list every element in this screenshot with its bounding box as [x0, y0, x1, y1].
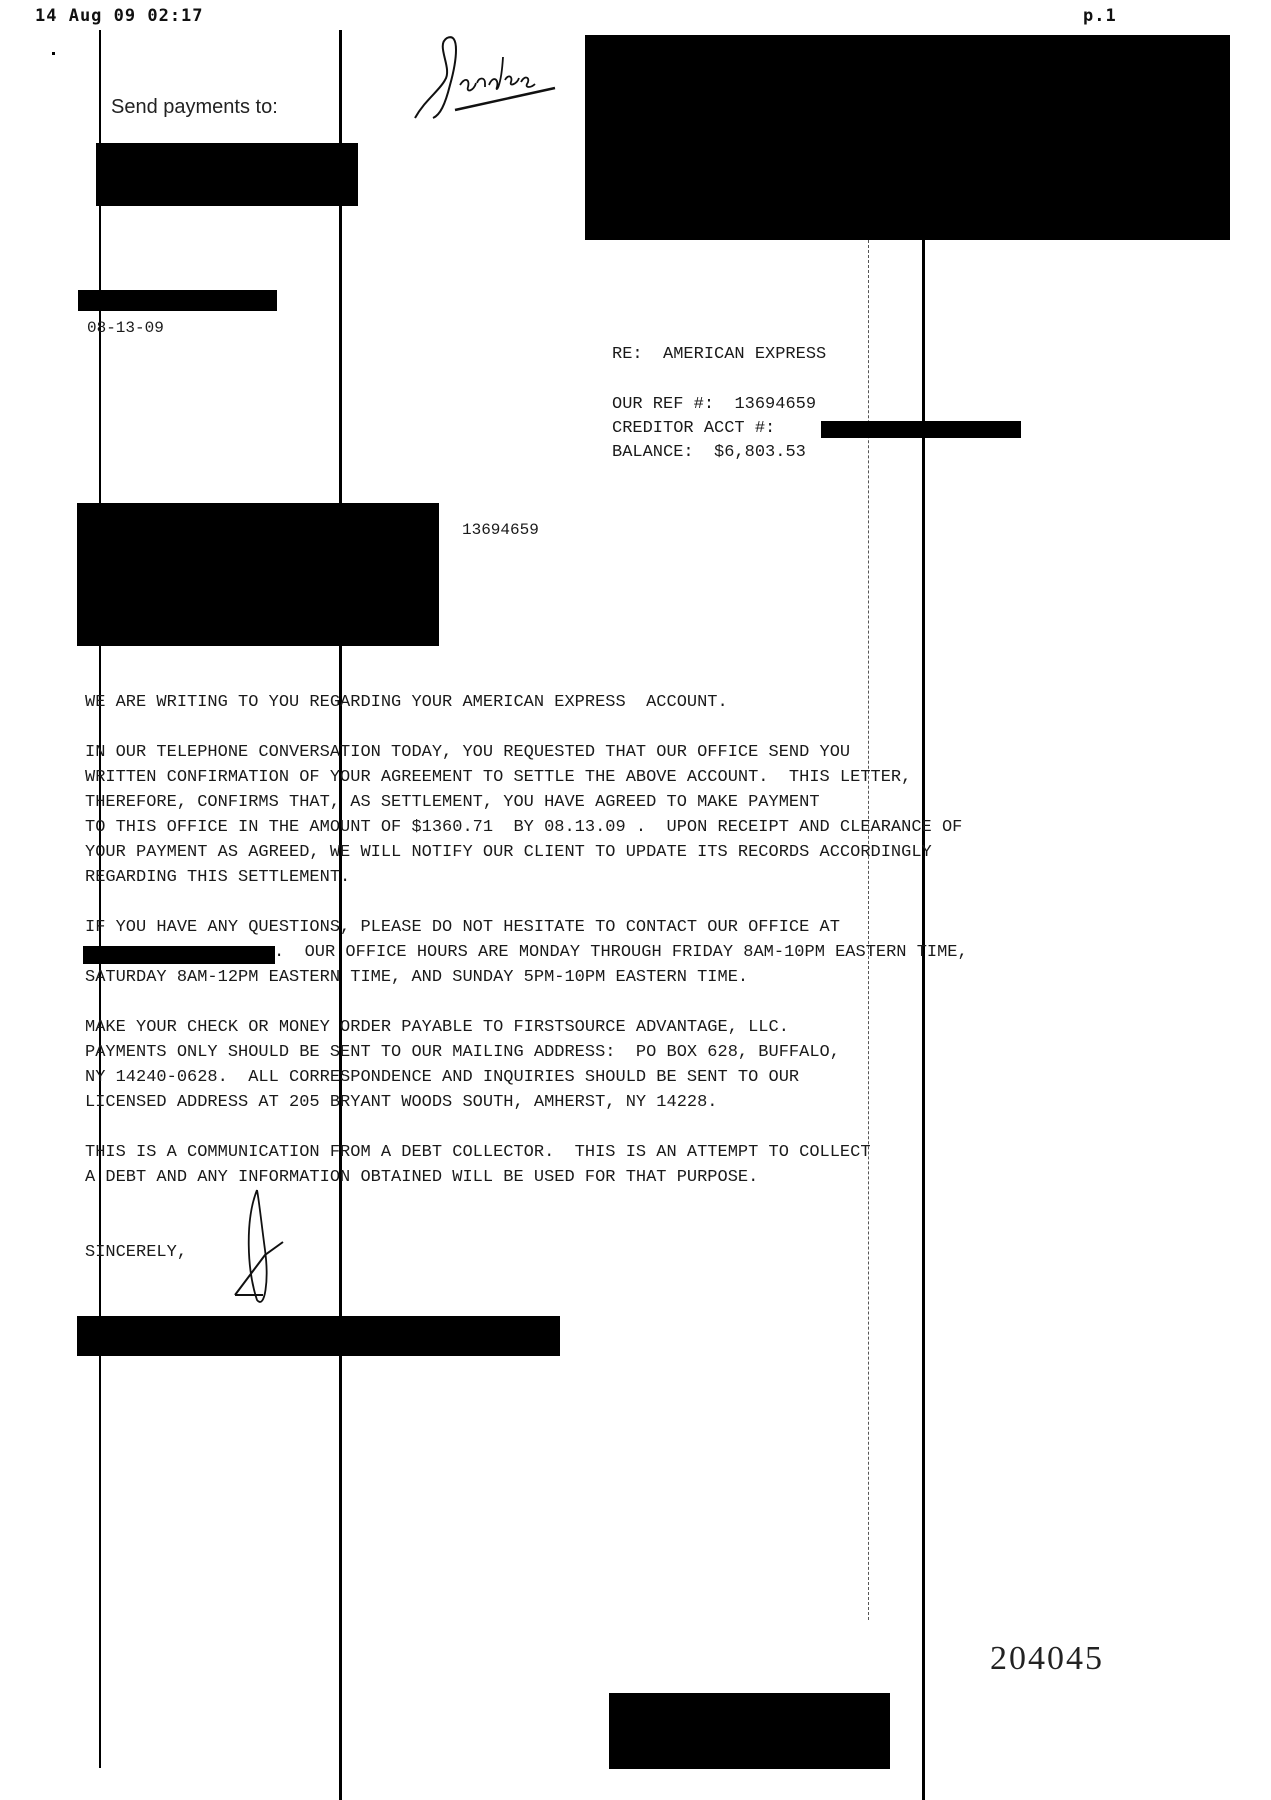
paragraph-line: LICENSED ADDRESS AT 205 BRYANT WOODS SOU… — [85, 1090, 840, 1115]
recipient-reference: 13694659 — [462, 521, 539, 539]
redacted-signer-name — [77, 1316, 560, 1356]
creditor-acct-line: CREDITOR ACCT #: — [612, 416, 775, 441]
paragraph-line: IF YOU HAVE ANY QUESTIONS, PLEASE DO NOT… — [85, 915, 968, 940]
paragraph-line: IN OUR TELEPHONE CONVERSATION TODAY, YOU… — [85, 740, 962, 765]
stamp-number: 204045 — [990, 1640, 1104, 1678]
signature-icon — [225, 1180, 305, 1320]
redacted-payment-address — [96, 143, 358, 206]
redacted-sender-letterhead — [585, 35, 1230, 240]
body-paragraph-1: IN OUR TELEPHONE CONVERSATION TODAY, YOU… — [85, 740, 962, 890]
paragraph-line: REGARDING THIS SETTLEMENT. — [85, 865, 962, 890]
paragraph-line: YOUR PAYMENT AS AGREED, WE WILL NOTIFY O… — [85, 840, 962, 865]
letter-date: 08-13-09 — [87, 316, 164, 341]
re-value: AMERICAN EXPRESS — [663, 345, 826, 364]
body-paragraph-4: THIS IS A COMMUNICATION FROM A DEBT COLL… — [85, 1140, 871, 1190]
redacted-line — [78, 290, 277, 311]
paragraph-line: TO THIS OFFICE IN THE AMOUNT OF $1360.71… — [85, 815, 962, 840]
paragraph-line: PAYMENTS ONLY SHOULD BE SENT TO OUR MAIL… — [85, 1040, 840, 1065]
re-line: RE: AMERICAN EXPRESS — [612, 342, 826, 367]
paragraph-line: SATURDAY 8AM-12PM EASTERN TIME, AND SUND… — [85, 965, 968, 990]
re-label: RE: — [612, 345, 643, 364]
redacted-creditor-acct — [821, 421, 1021, 438]
our-ref-line: OUR REF #: 13694659 — [612, 392, 816, 417]
body-paragraph-3: MAKE YOUR CHECK OR MONEY ORDER PAYABLE T… — [85, 1015, 840, 1115]
balance-value: $6,803.53 — [714, 443, 806, 462]
paragraph-line: WRITTEN CONFIRMATION OF YOUR AGREEMENT T… — [85, 765, 962, 790]
redacted-phone-number — [83, 946, 275, 964]
redacted-recipient-address — [77, 503, 439, 646]
closing: SINCERELY, — [85, 1240, 187, 1265]
body-intro: WE ARE WRITING TO YOU REGARDING YOUR AME… — [85, 690, 728, 715]
our-ref-label: OUR REF #: — [612, 395, 714, 414]
creditor-acct-label: CREDITOR ACCT #: — [612, 419, 775, 438]
fax-timestamp: 14 Aug 09 02:17 — [35, 6, 204, 26]
page-number: p.1 — [1083, 6, 1117, 26]
scan-speck — [52, 52, 55, 55]
paragraph-line: THEREFORE, CONFIRMS THAT, AS SETTLEMENT,… — [85, 790, 962, 815]
paragraph-line: THIS IS A COMMUNICATION FROM A DEBT COLL… — [85, 1140, 871, 1165]
paragraph-line: MAKE YOUR CHECK OR MONEY ORDER PAYABLE T… — [85, 1015, 840, 1040]
fax-line-right-thick — [922, 240, 925, 1800]
redacted-footer — [609, 1693, 890, 1769]
send-payments-label: Send payments to: — [111, 96, 278, 119]
paragraph-line: NY 14240-0628. ALL CORRESPONDENCE AND IN… — [85, 1065, 840, 1090]
handwritten-sandra-icon — [405, 30, 565, 125]
our-ref-value: 13694659 — [734, 395, 816, 414]
balance-line: BALANCE: $6,803.53 — [612, 440, 806, 465]
paragraph-line: A DEBT AND ANY INFORMATION OBTAINED WILL… — [85, 1165, 871, 1190]
balance-label: BALANCE: — [612, 443, 694, 462]
